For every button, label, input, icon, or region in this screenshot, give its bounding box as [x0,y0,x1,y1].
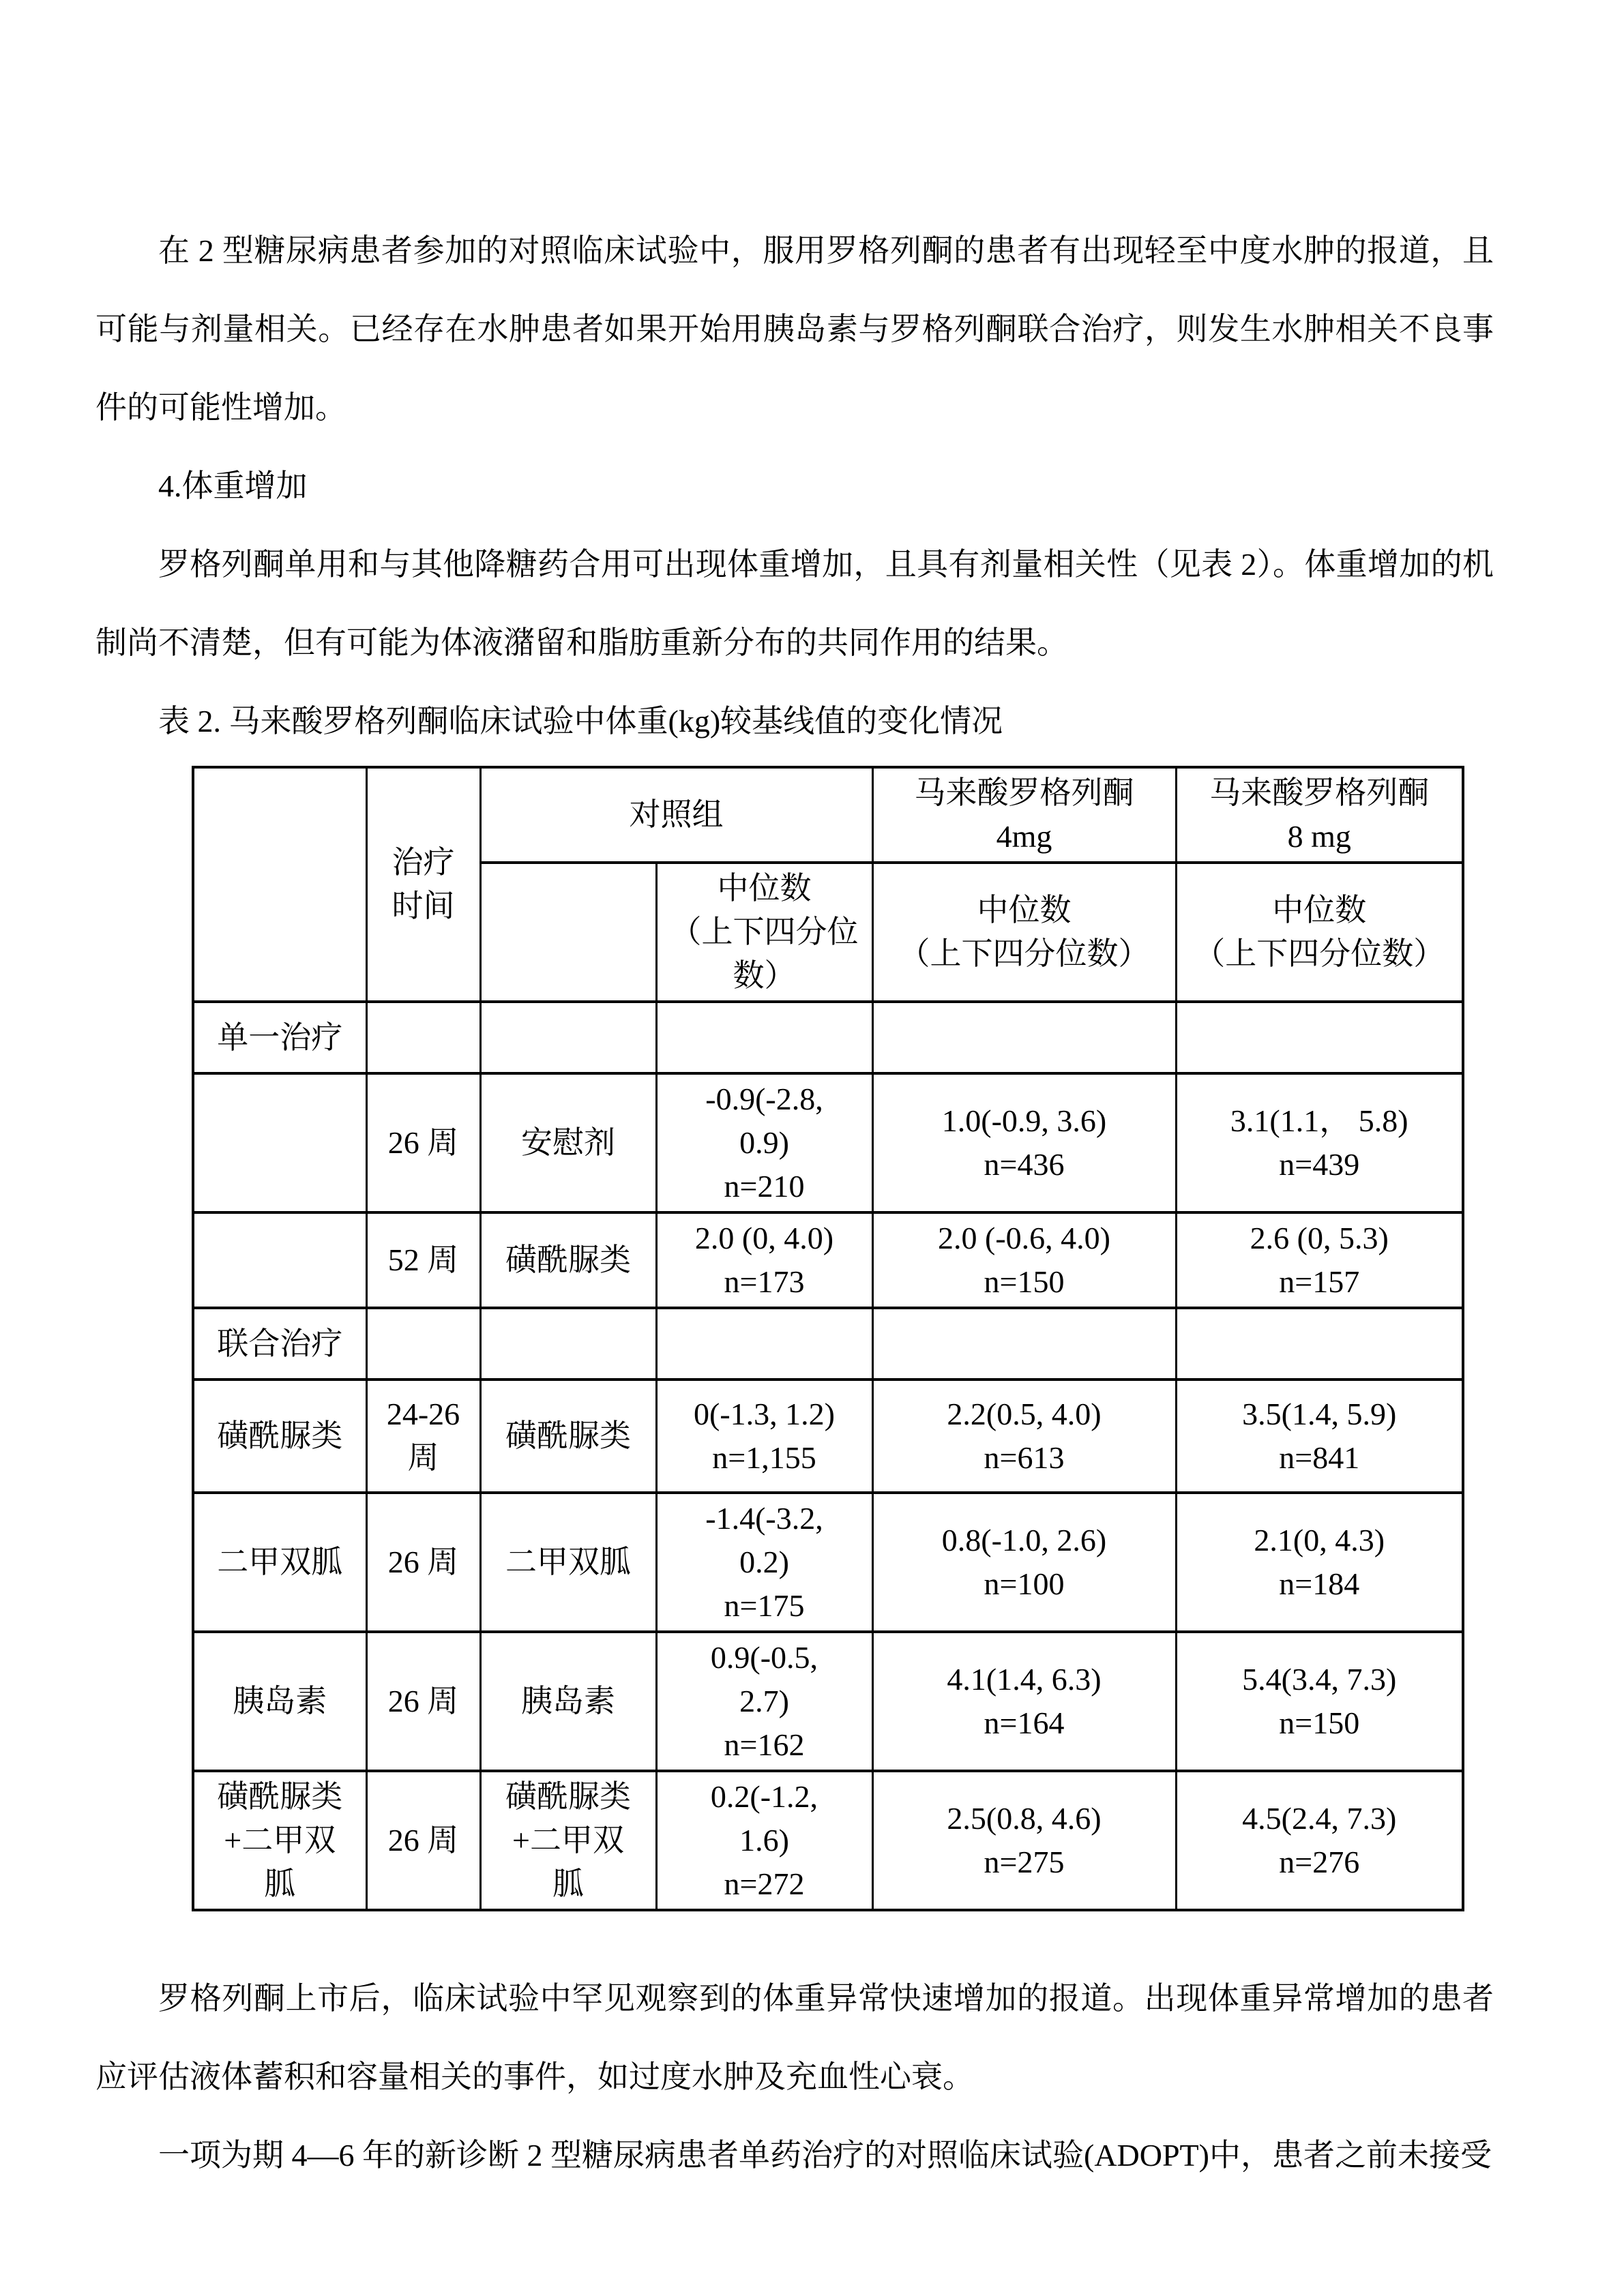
table-cell: 5.4(3.4, 7.3) n=150 [1176,1632,1463,1771]
paragraph-adopt-trial: 一项为期 4—6 年的新诊断 2 型糖尿病患者单药治疗的对照临床试验(ADOPT… [95,2116,1494,2194]
table-cell: 磺酰脲类 [480,1212,656,1308]
table-cell: 24-26 周 [366,1380,480,1493]
table-cell: 3.5(1.4, 5.9) n=841 [1176,1380,1463,1493]
table-row-monotherapy-section: 单一治疗 [193,1002,1463,1073]
table-cell: -1.4(-3.2, 0.2) n=175 [656,1493,872,1632]
header-cell-control-group: 对照组 [480,767,872,863]
table-row-insulin: 胰岛素 26 周 胰岛素 0.9(-0.5, 2.7) n=162 4.1(1.… [193,1632,1463,1771]
table-cell: 2.0 (-0.6, 4.0) n=150 [872,1212,1176,1308]
paragraph-postmarketing: 罗格列酮上市后，临床试验中罕见观察到的体重异常快速增加的报道。出现体重异常增加的… [95,1959,1494,2116]
header-cell-empty [193,767,366,1002]
table-cell: 26 周 [366,1632,480,1771]
document-page: 在 2 型糖尿病患者参加的对照临床试验中，服用罗格列酮的患者有出现轻至中度水肿的… [0,0,1624,2296]
table-cell [193,1212,366,1308]
table-cell: 二甲双胍 [480,1493,656,1632]
header-cell-median-4mg: 中位数 （上下四分位数） [872,863,1176,1002]
table-row-sulfonylurea-52w: 52 周 磺酰脲类 2.0 (0, 4.0) n=173 2.0 (-0.6, … [193,1212,1463,1308]
table-cell: 0(-1.3, 1.2) n=1,155 [656,1380,872,1493]
table-cell: 4.5(2.4, 7.3) n=276 [1176,1771,1463,1910]
table-cell: 磺酰脲类 +二甲双 胍 [480,1771,656,1910]
table-cell: 2.2(0.5, 4.0) n=613 [872,1380,1176,1493]
table-cell: 胰岛素 [193,1632,366,1771]
table-cell: 26 周 [366,1771,480,1910]
table-cell: 2.6 (0, 5.3) n=157 [1176,1212,1463,1308]
table-cell: 1.0(-0.9, 3.6) n=436 [872,1073,1176,1212]
table-caption: 表 2. 马来酸罗格列酮临床试验中体重(kg)较基线值的变化情况 [95,682,1494,760]
section-label-cell: 单一治疗 [193,1002,366,1073]
table-cell: 26 周 [366,1073,480,1212]
table-cell: 0.9(-0.5, 2.7) n=162 [656,1632,872,1771]
section-label-cell: 联合治疗 [193,1308,366,1380]
table-cell: 二甲双胍 [193,1493,366,1632]
header-cell-control-drug-empty [480,863,656,1002]
table-cell: 磺酰脲类 [480,1380,656,1493]
table-cell: 0.8(-1.0, 2.6) n=100 [872,1493,1176,1632]
table-cell [1176,1002,1463,1073]
header-cell-rosiglitazone-8mg: 马来酸罗格列酮 8 mg [1176,767,1463,863]
header-cell-treatment-time: 治疗 时间 [366,767,480,1002]
table-cell: 2.1(0, 4.3) n=184 [1176,1493,1463,1632]
table-row-sulfonylurea-combo: 磺酰脲类 24-26 周 磺酰脲类 0(-1.3, 1.2) n=1,155 2… [193,1380,1463,1493]
header-cell-median-8mg: 中位数 （上下四分位数） [1176,863,1463,1002]
table-cell: 26 周 [366,1493,480,1632]
table-cell: 0.2(-1.2, 1.6) n=272 [656,1771,872,1910]
table-cell: 2.0 (0, 4.0) n=173 [656,1212,872,1308]
table-cell: 磺酰脲类 +二甲双 胍 [193,1771,366,1910]
paragraph-weight-gain-mechanism: 罗格列酮单用和与其他降糖药合用可出现体重增加，且具有剂量相关性（见表 2）。体重… [95,525,1494,682]
table-cell: -0.9(-2.8, 0.9) n=210 [656,1073,872,1212]
table-cell: 52 周 [366,1212,480,1308]
heading-weight-gain: 4.体重增加 [95,447,1494,525]
table-cell [656,1308,872,1380]
table-cell [1176,1308,1463,1380]
table-row-combination-section: 联合治疗 [193,1308,1463,1380]
table-cell [366,1002,480,1073]
table-cell: 胰岛素 [480,1632,656,1771]
table-header-row-1: 治疗 时间 对照组 马来酸罗格列酮 4mg 马来酸罗格列酮 8 mg [193,767,1463,863]
table-row-metformin: 二甲双胍 26 周 二甲双胍 -1.4(-3.2, 0.2) n=175 0.8… [193,1493,1463,1632]
header-cell-median-control: 中位数 （上下四分位 数） [656,863,872,1002]
table-cell [480,1308,656,1380]
paragraph-edema-risk: 在 2 型糖尿病患者参加的对照临床试验中，服用罗格列酮的患者有出现轻至中度水肿的… [95,211,1494,447]
table-cell: 2.5(0.8, 4.6) n=275 [872,1771,1176,1910]
table-row-placebo: 26 周 安慰剂 -0.9(-2.8, 0.9) n=210 1.0(-0.9,… [193,1073,1463,1212]
table-cell: 4.1(1.4, 6.3) n=164 [872,1632,1176,1771]
table-cell [656,1002,872,1073]
table-cell: 磺酰脲类 [193,1380,366,1493]
table-cell [480,1002,656,1073]
weight-change-table: 治疗 时间 对照组 马来酸罗格列酮 4mg 马来酸罗格列酮 8 mg 中位数 （… [192,766,1464,1911]
table-cell [872,1308,1176,1380]
table-cell: 安慰剂 [480,1073,656,1212]
table-cell [872,1002,1176,1073]
table-cell [193,1073,366,1212]
table-row-sulfonylurea-metformin: 磺酰脲类 +二甲双 胍 26 周 磺酰脲类 +二甲双 胍 0.2(-1.2, 1… [193,1771,1463,1910]
header-cell-rosiglitazone-4mg: 马来酸罗格列酮 4mg [872,767,1176,863]
table-cell [366,1308,480,1380]
table-cell: 3.1(1.1， 5.8) n=439 [1176,1073,1463,1212]
